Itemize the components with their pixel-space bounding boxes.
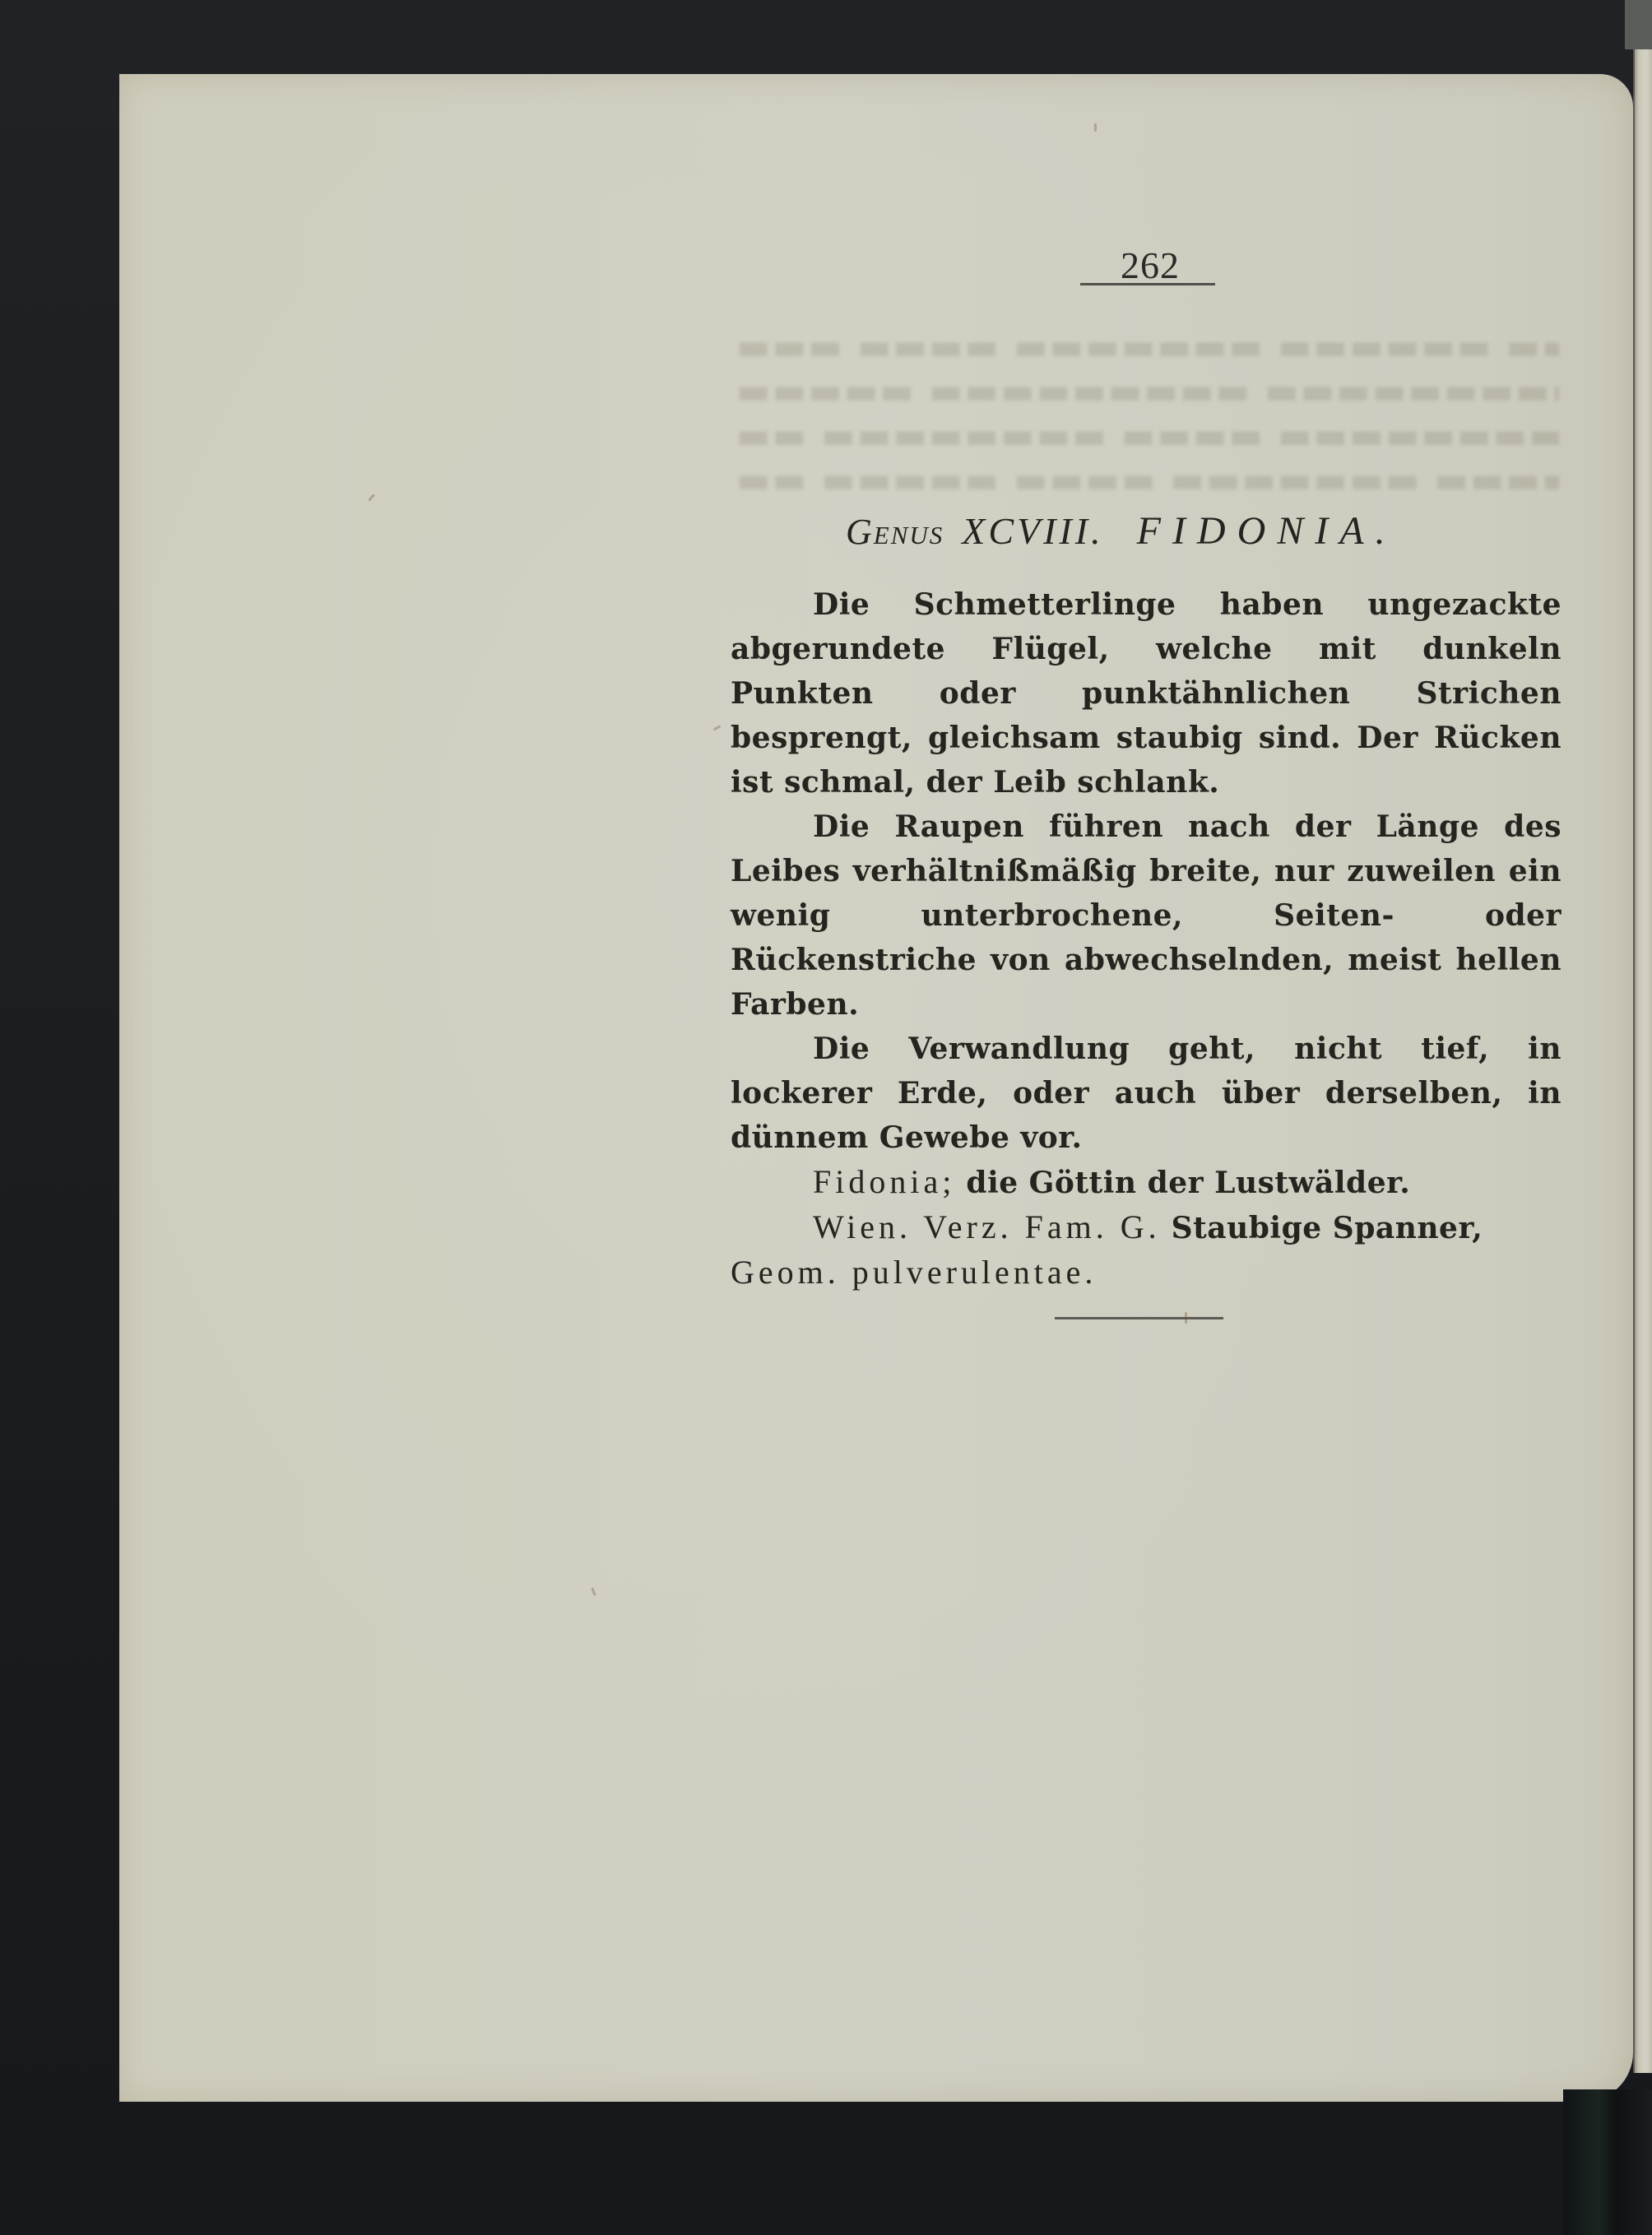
genus-heading: Genus XCVIII. FIDONIA. — [846, 508, 1397, 554]
paper-speck — [1094, 123, 1097, 132]
book-binding-top — [1625, 0, 1652, 49]
paragraph-metamorphosis: Die Verwandlung geht, nicht tief, in loc… — [731, 1027, 1562, 1160]
genus-numeral: XCVIII. — [962, 510, 1103, 552]
paragraph-caterpillars: Die Raupen führen nach der Länge des Lei… — [731, 805, 1562, 1027]
bleed-through-text: ▬▬▬ ▬▬▬▬ ▬▬▬▬▬▬▬ ▬▬▬▬▬▬ ▬▬▬ ▬▬▬ ▬▬▬▬▬ ▬▬… — [736, 325, 1559, 503]
page-gutter-fold — [1633, 49, 1652, 2073]
body-text: Die Schmetterlinge haben ungezackte abge… — [731, 582, 1562, 1296]
section-end-rule — [1055, 1317, 1223, 1319]
etymology-line: Fidonia; die Göttin der Lustwälder. — [731, 1160, 1562, 1205]
header-rule — [1080, 283, 1215, 285]
genus-name: FIDONIA. — [1137, 509, 1397, 553]
reference-latin-2: Geom. pulverulentae. — [731, 1254, 1097, 1291]
paragraph-butterflies: Die Schmetterlinge haben ungezackte abge… — [731, 582, 1562, 805]
etymology-latin: Fidonia; — [813, 1163, 955, 1200]
reference-latin-1: Wien. Verz. Fam. G. — [813, 1208, 1161, 1245]
reference-german: Staubige Spanner, — [1172, 1211, 1483, 1245]
paper-speck — [1185, 1312, 1187, 1324]
reference-line: Wien. Verz. Fam. G. Staubige Spanner, Ge… — [731, 1205, 1562, 1296]
genus-label: Genus — [846, 512, 944, 552]
book-binding-bottom — [1563, 2089, 1652, 2235]
etymology-german: die Göttin der Lustwälder. — [966, 1166, 1410, 1200]
page-number: 262 — [1121, 243, 1180, 287]
scanned-book-page: ▬▬▬ ▬▬▬▬ ▬▬▬▬▬▬▬ ▬▬▬▬▬▬ ▬▬▬ ▬▬▬ ▬▬▬▬▬ ▬▬… — [0, 0, 1652, 2235]
